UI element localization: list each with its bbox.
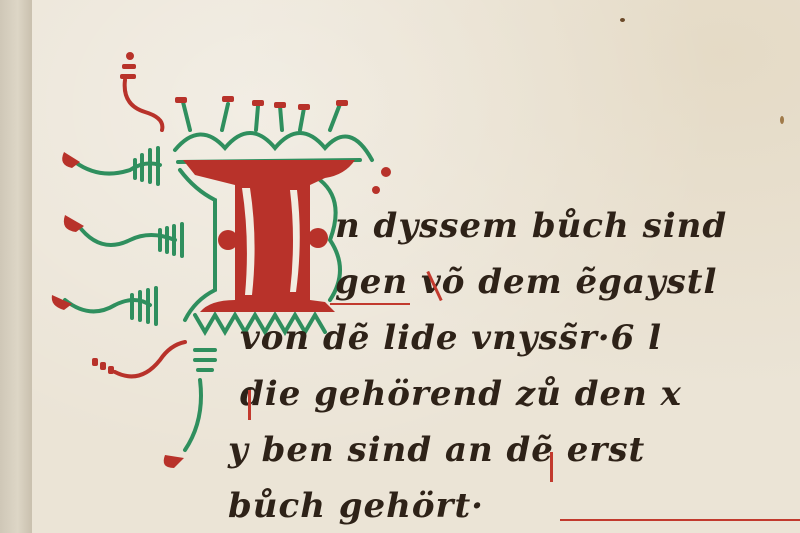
manuscript-line-2: gen võ dem ẽgaystl (335, 262, 717, 302)
ink-speck (620, 18, 625, 22)
rubric-line-filler (560, 519, 800, 521)
manuscript-line-1: n dyssem bůch sind (335, 206, 727, 246)
rubric-stroke (550, 452, 553, 482)
rubric-stroke (248, 390, 251, 420)
manuscript-line-6: bůch gehört· (228, 486, 484, 526)
manuscript-line-3: von dẽ lide vnyss̃r·6 l (240, 318, 662, 358)
ink-speck (780, 116, 784, 124)
manuscript-line-4: die gehörend zů den x (240, 374, 682, 414)
manuscript-line-5: y ben sind an dẽ erst (228, 430, 645, 470)
rubric-underline (330, 303, 410, 305)
book-binding-edge (0, 0, 33, 533)
